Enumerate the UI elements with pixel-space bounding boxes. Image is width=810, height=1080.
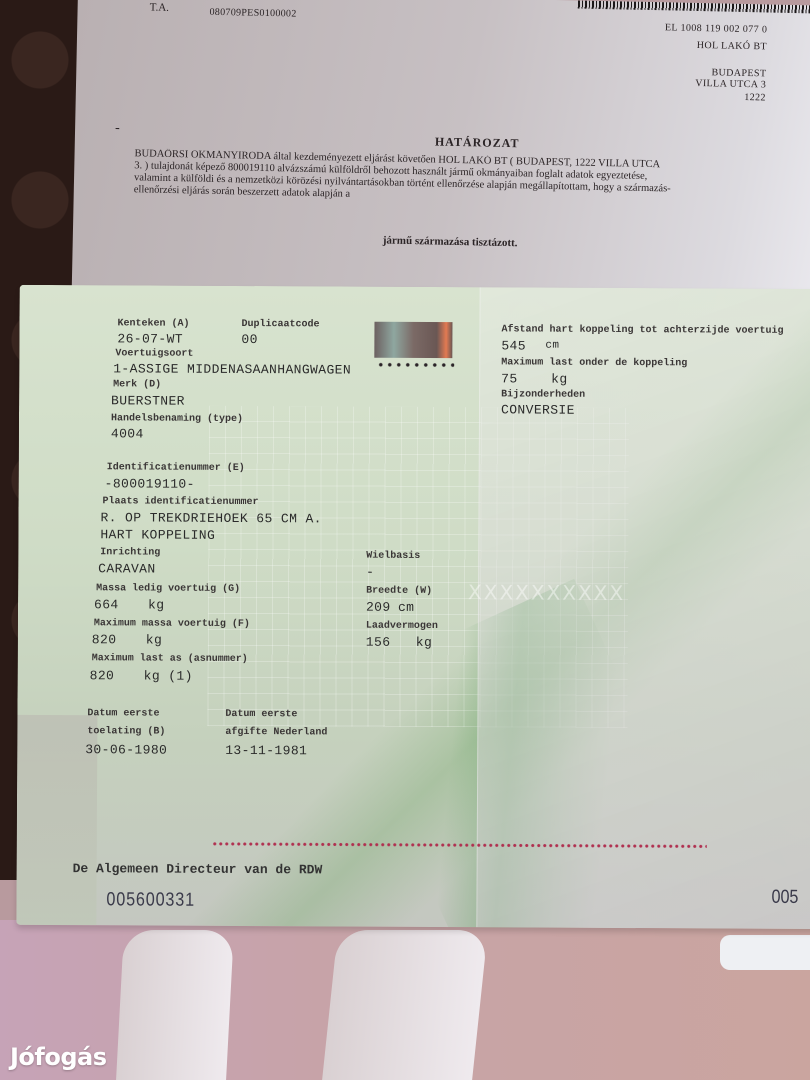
laadvermogen-unit: kg [416, 635, 432, 650]
voertuigsoort-value: 1-ASSIGE MIDDENASAANHANGWAGEN [113, 361, 351, 377]
duplicaatcode-value: 00 [241, 332, 257, 347]
address-code-line: EL 1008 119 002 077 0 [665, 22, 768, 35]
afstand-koppeling-value: 545 [501, 338, 526, 353]
laadvermogen-value: 156 [366, 635, 391, 650]
merk-label: Merk (D) [113, 379, 161, 390]
address-company: HOL LAKÓ BT [697, 40, 767, 52]
dash-mark: - [115, 121, 120, 137]
maximum-massa-label: Maximum massa voertuig (F) [94, 618, 250, 630]
jofogas-watermark-logo: Jófogás [10, 1043, 107, 1071]
maximum-last-as-unit: kg (1) [144, 668, 193, 683]
breedte-unit: cm [398, 600, 414, 615]
datum-toelating-label-1: Datum eerste [87, 708, 159, 719]
laadvermogen-label: Laadvermogen [366, 621, 438, 632]
security-x-pattern: XXXXXXXXXX [468, 580, 625, 605]
maximum-massa-value: 820 [92, 632, 117, 647]
right-foot-sock [322, 930, 488, 1080]
rdw-director-line: De Algemeen Directeur van de RDW [73, 861, 323, 877]
merk-value: BUERSTNER [111, 393, 185, 408]
maximum-last-koppeling-label: Maximum last onder de koppeling [501, 357, 687, 369]
maximum-last-koppeling-unit: kg [551, 372, 567, 387]
breedte-label: Breedte (W) [366, 586, 432, 597]
address-postcode: 1222 [744, 92, 766, 103]
datum-toelating-label-2: toelating (B) [87, 726, 165, 737]
decision-paragraph: BUDAÖRSI OKMÁNYIRODA által kezdeményezet… [134, 148, 810, 211]
barcode [578, 0, 810, 13]
dutch-vehicle-registration-card: XXXXXXXXXX Kenteken (A) 26-07-WT Duplica… [16, 285, 810, 929]
bijzonderheden-label: Bijzonderheden [501, 389, 585, 400]
inrichting-label: Inrichting [100, 547, 160, 558]
hologram-icon [374, 322, 452, 358]
handelsbenaming-value: 4004 [111, 426, 144, 441]
plaats-identificatienummer-label: Plaats identificatienummer [103, 496, 259, 508]
kenteken-label: Kenteken (A) [117, 318, 189, 329]
card-right-panel [476, 287, 810, 929]
ta-label: T.A. [150, 2, 170, 14]
duplicaatcode-label: Duplicaatcode [241, 319, 319, 330]
maximum-massa-unit: kg [146, 632, 162, 647]
wielbasis-label: Wielbasis [366, 551, 420, 562]
massa-ledig-label: Massa ledig voertuig (G) [96, 583, 240, 595]
left-foot-sock [116, 930, 234, 1080]
hungarian-decision-document: T.A. 080709PES0100002 EL 1008 119 002 07… [71, 0, 810, 326]
maximum-last-as-label: Maximum last as (asnummer) [92, 653, 248, 665]
datum-toelating-value: 30-06-1980 [85, 742, 167, 757]
massa-ledig-value: 664 [94, 597, 119, 612]
identificatienummer-label: Identificatienummer (E) [107, 462, 245, 474]
plaats-identificatienummer-value-2: HART KOPPELING [100, 527, 215, 543]
datum-afgifte-label-2: afgifte Nederland [225, 727, 327, 739]
maximum-last-koppeling-value: 75 [501, 371, 517, 386]
card-serial-number: 005600331 [106, 889, 195, 911]
reference-number: 080709PES0100002 [209, 7, 296, 20]
identificatienummer-value: -800019110- [105, 476, 195, 491]
maximum-last-as-value: 820 [90, 668, 115, 683]
decision-conclusion: jármű származása tisztázott. [383, 234, 518, 249]
address-street: VILLA UTCA 3 [695, 78, 766, 90]
plaats-identificatienummer-value-1: R. OP TREKDRIEHOEK 65 CM A. [100, 510, 322, 526]
breedte-value: 209 [366, 600, 391, 615]
voertuigsoort-label: Voertuigsoort [115, 348, 193, 359]
document-heading: HATÁROZAT [435, 135, 520, 152]
massa-ledig-unit: kg [148, 598, 164, 613]
bijzonderheden-value: CONVERSIE [501, 402, 575, 417]
datum-afgifte-label-1: Datum eerste [225, 709, 297, 720]
hologram-dots [376, 363, 454, 367]
inrichting-value: CARAVAN [98, 561, 155, 576]
kenteken-value: 26-07-WT [117, 331, 183, 346]
afstand-koppeling-unit: cm [545, 340, 559, 352]
card-serial-partial: 005 [771, 887, 798, 909]
wielbasis-value: - [366, 565, 374, 580]
datum-afgifte-value: 13-11-1981 [225, 743, 307, 758]
handelsbenaming-label: Handelsbenaming (type) [111, 413, 243, 425]
afstand-koppeling-label: Afstand hart koppeling tot achterzijde v… [501, 324, 783, 336]
white-cloth [720, 935, 810, 970]
